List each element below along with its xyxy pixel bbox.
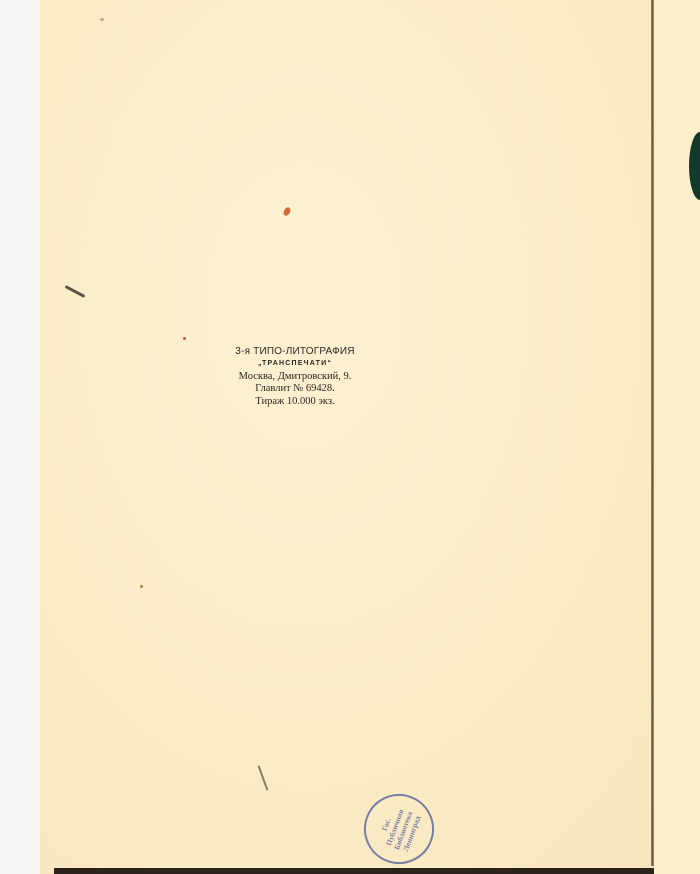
facing-page-edge — [654, 0, 700, 874]
printer-imprint: 3-я ТИПО-ЛИТОГРАФИЯ „ТРАНСПЕЧАТИ“ Москва… — [210, 346, 380, 408]
paper-stain — [140, 585, 143, 588]
imprint-censor-number: Главлит № 69428. — [210, 383, 380, 395]
page-bottom-edge — [54, 868, 654, 874]
imprint-publisher: „ТРАНСПЕЧАТИ“ — [210, 358, 380, 370]
imprint-print-run: Тираж 10.000 экз. — [210, 396, 380, 408]
paper-stain — [100, 18, 104, 21]
imprint-address: Москва, Дмитровский, 9. — [210, 371, 380, 383]
scanned-page — [40, 0, 700, 874]
imprint-printer: 3-я ТИПО-ЛИТОГРАФИЯ — [210, 346, 380, 358]
paper-stain — [183, 337, 186, 340]
